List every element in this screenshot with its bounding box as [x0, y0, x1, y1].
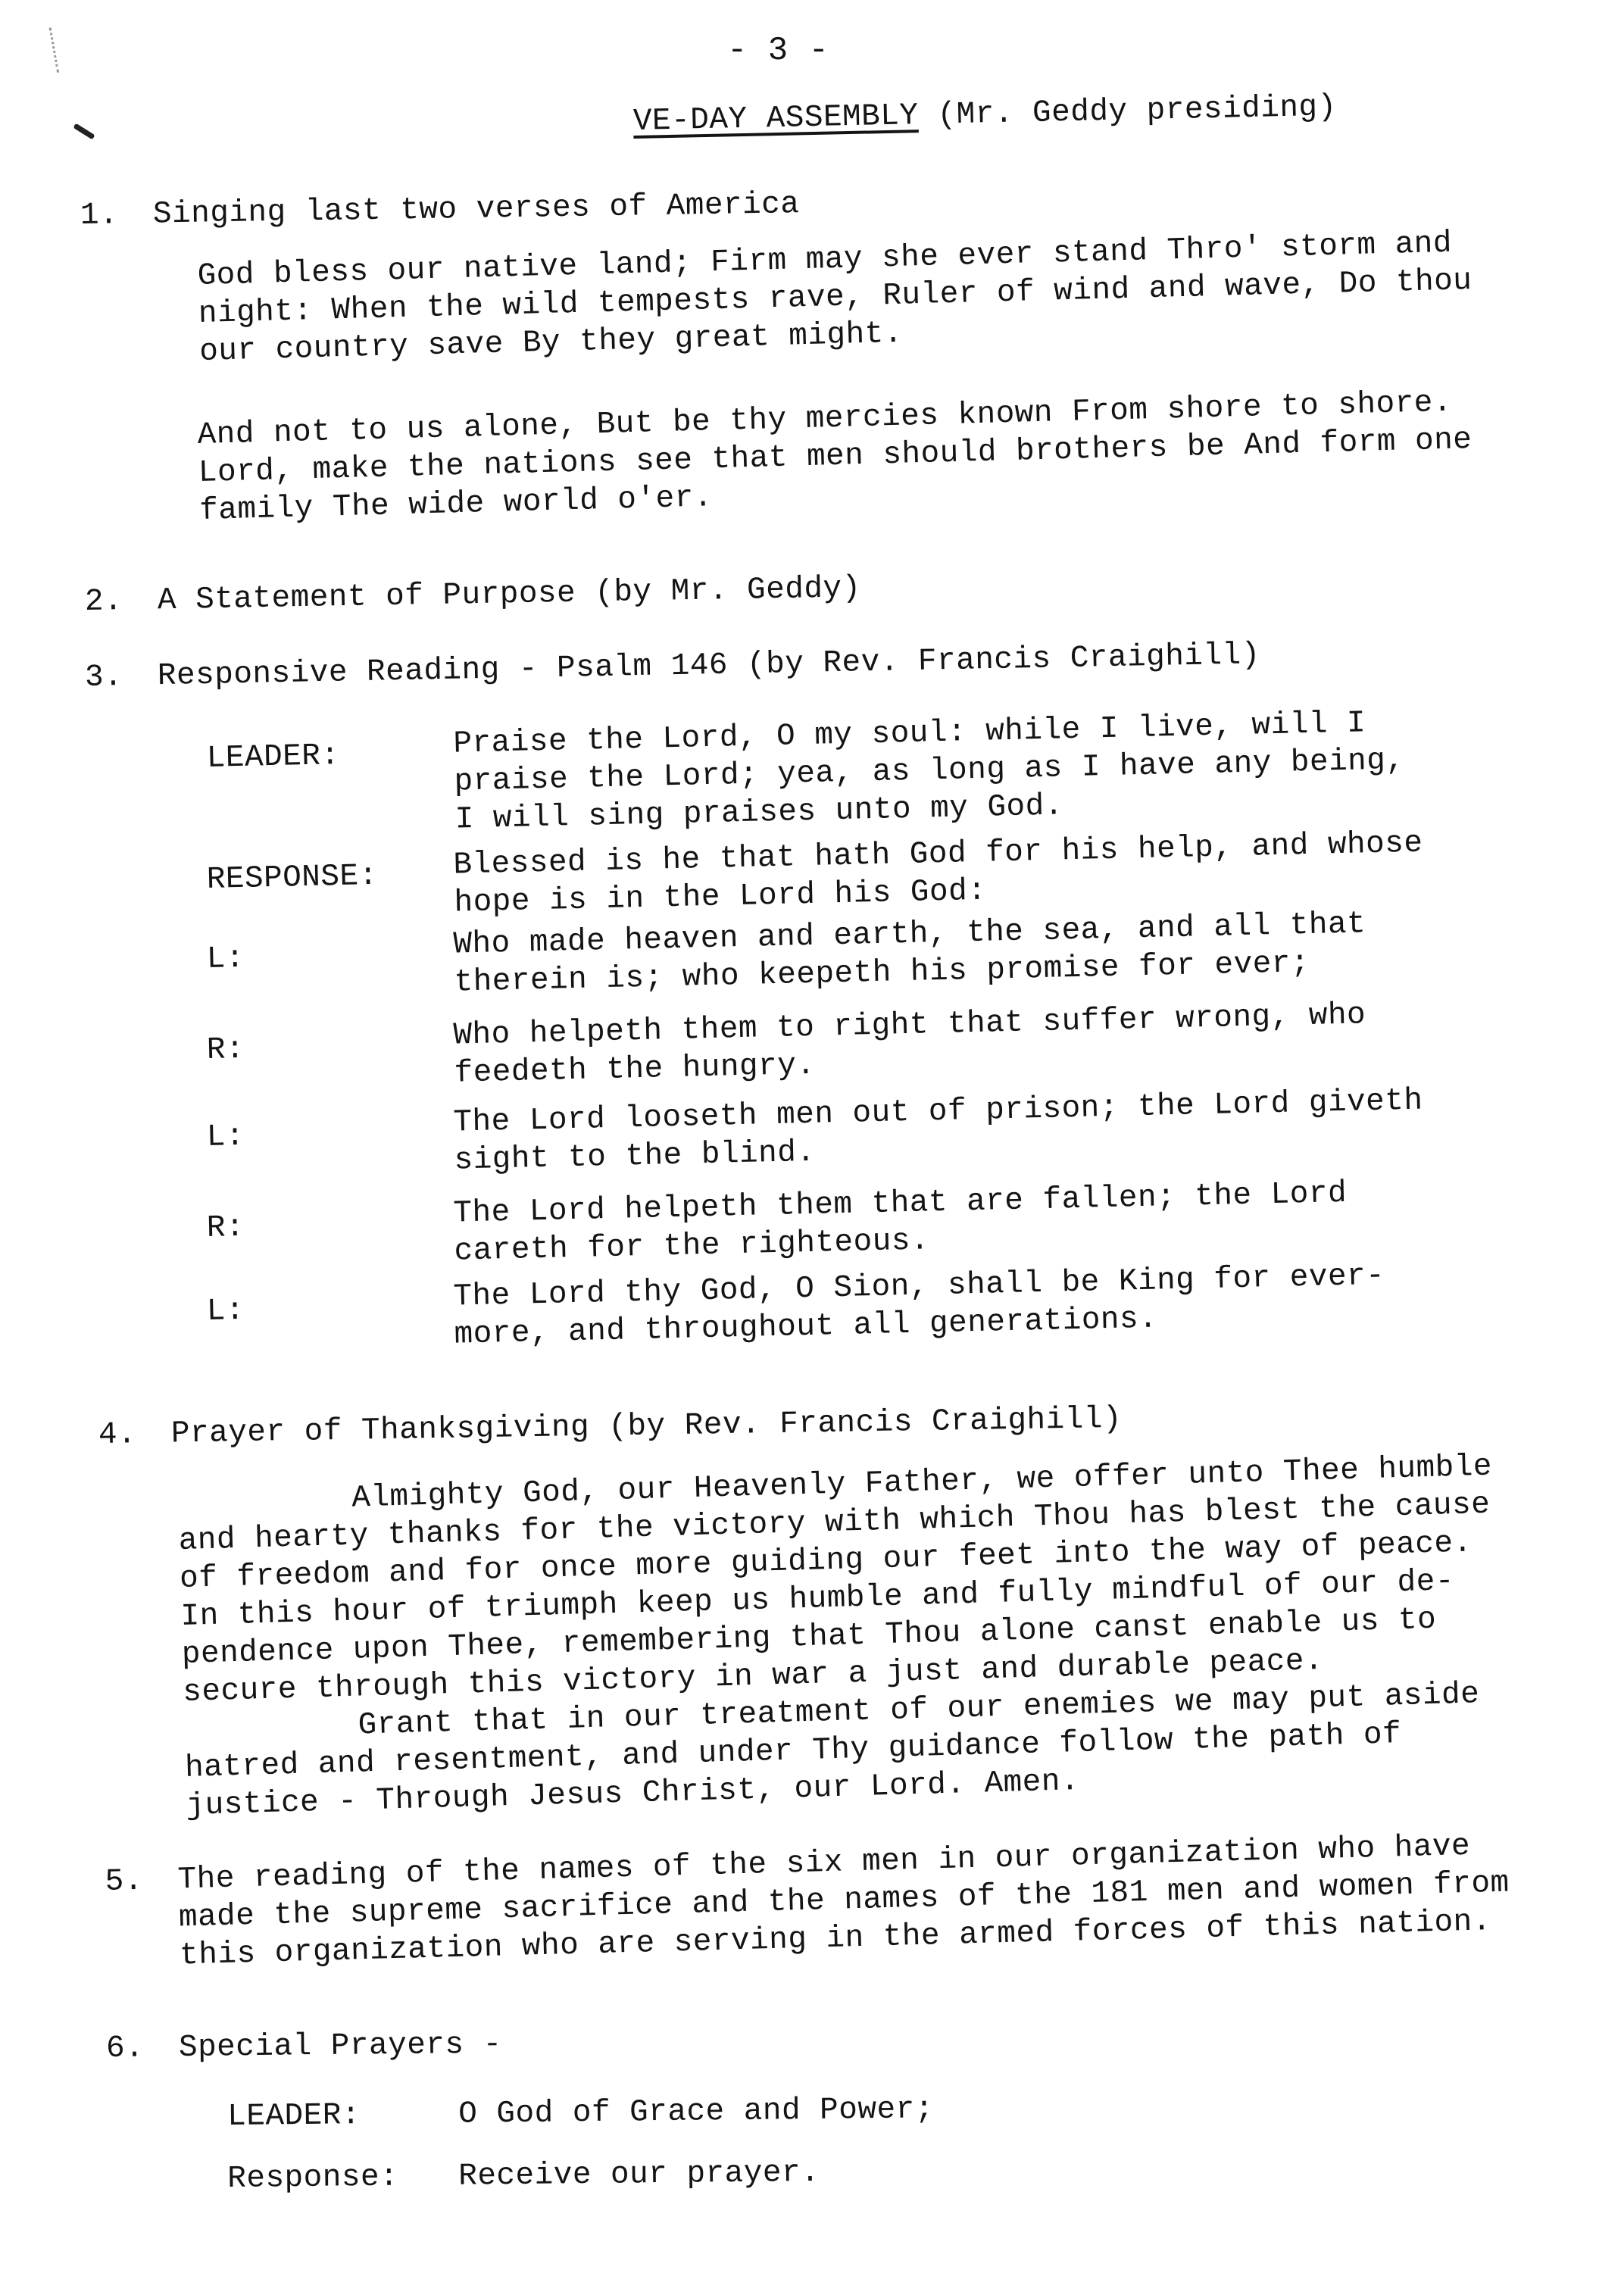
reading-text: The Lord thy God, O Sion, shall be King …: [453, 1257, 1386, 1354]
title-main: VE-DAY ASSEMBLY: [633, 98, 919, 139]
speaker-label: R:: [206, 1209, 245, 1247]
item-number: 6.: [106, 2029, 180, 2068]
reading-text: Receive our prayer.: [458, 2154, 820, 2196]
reading-text: Praise the Lord, O my soul: while I live…: [453, 704, 1406, 838]
speaker-label: LEADER:: [227, 2097, 361, 2136]
speaker-label: R:: [206, 1031, 245, 1069]
verse-2: And not to us alone, But be thy mercies …: [197, 383, 1473, 530]
prayer-of-thanksgiving: Almighty God, our Heavenly Father, we of…: [177, 1448, 1501, 1825]
item-number: 1.: [80, 195, 154, 235]
reading-text: Who helpeth them to right that suffer wr…: [453, 996, 1367, 1092]
reading-text: The Lord helpeth them that are fallen; t…: [453, 1175, 1348, 1271]
item-6-heading: 6.Special Prayers -: [106, 2026, 502, 2068]
speaker-label: L:: [206, 1292, 245, 1331]
item-heading: Responsive Reading - Psalm 146 (by Rev. …: [158, 638, 1261, 694]
speaker-label: L:: [206, 1118, 245, 1157]
title-sub: (Mr. Geddy presiding): [937, 90, 1337, 133]
reading-line: Receive our prayer.: [458, 2154, 820, 2196]
verse-1: God bless our native land; Firm may she …: [197, 224, 1473, 371]
item-2-heading: 2.A Statement of Purpose (by Mr. Geddy): [85, 570, 862, 621]
item-5: 5.The reading of the names of the six me…: [105, 1827, 1511, 1977]
item-number: 5.: [105, 1862, 178, 1901]
speaker-label: Response:: [227, 2159, 398, 2198]
reading-text: The Lord looseth men out of prison; the …: [453, 1082, 1424, 1180]
document-page: - 3 - VE-DAY ASSEMBLY (Mr. Geddy presidi…: [0, 0, 1624, 2295]
reading-text: Who made heaven and earth, the sea, and …: [453, 905, 1367, 1001]
page-title: VE-DAY ASSEMBLY (Mr. Geddy presiding): [632, 89, 1337, 141]
speaker-label: RESPONSE:: [206, 857, 378, 899]
item-4-heading: 4.Prayer of Thanksgiving (by Rev. Franci…: [98, 1400, 1123, 1454]
item-number: 3.: [85, 657, 158, 697]
item-heading: Singing last two verses of America: [153, 187, 800, 232]
item-number: 4.: [98, 1415, 172, 1454]
reading-line: O God of Grace and Power;: [458, 2090, 934, 2134]
item-3-heading: 3.Responsive Reading - Psalm 146 (by Rev…: [85, 636, 1261, 697]
scan-mark: [33, 27, 59, 75]
scan-mark: [73, 123, 95, 140]
speaker-label: LEADER:: [206, 737, 340, 778]
item-heading: Prayer of Thanksgiving (by Rev. Francis …: [171, 1402, 1123, 1452]
item-number: 2.: [85, 582, 158, 621]
reading-text: O God of Grace and Power;: [458, 2090, 934, 2134]
item-heading: A Statement of Purpose (by Mr. Geddy): [158, 571, 862, 618]
item-heading: Special Prayers -: [179, 2028, 502, 2065]
item-1-heading: 1.Singing last two verses of America: [80, 186, 800, 235]
page-number: - 3 -: [727, 32, 829, 70]
speaker-label: L:: [206, 940, 245, 979]
